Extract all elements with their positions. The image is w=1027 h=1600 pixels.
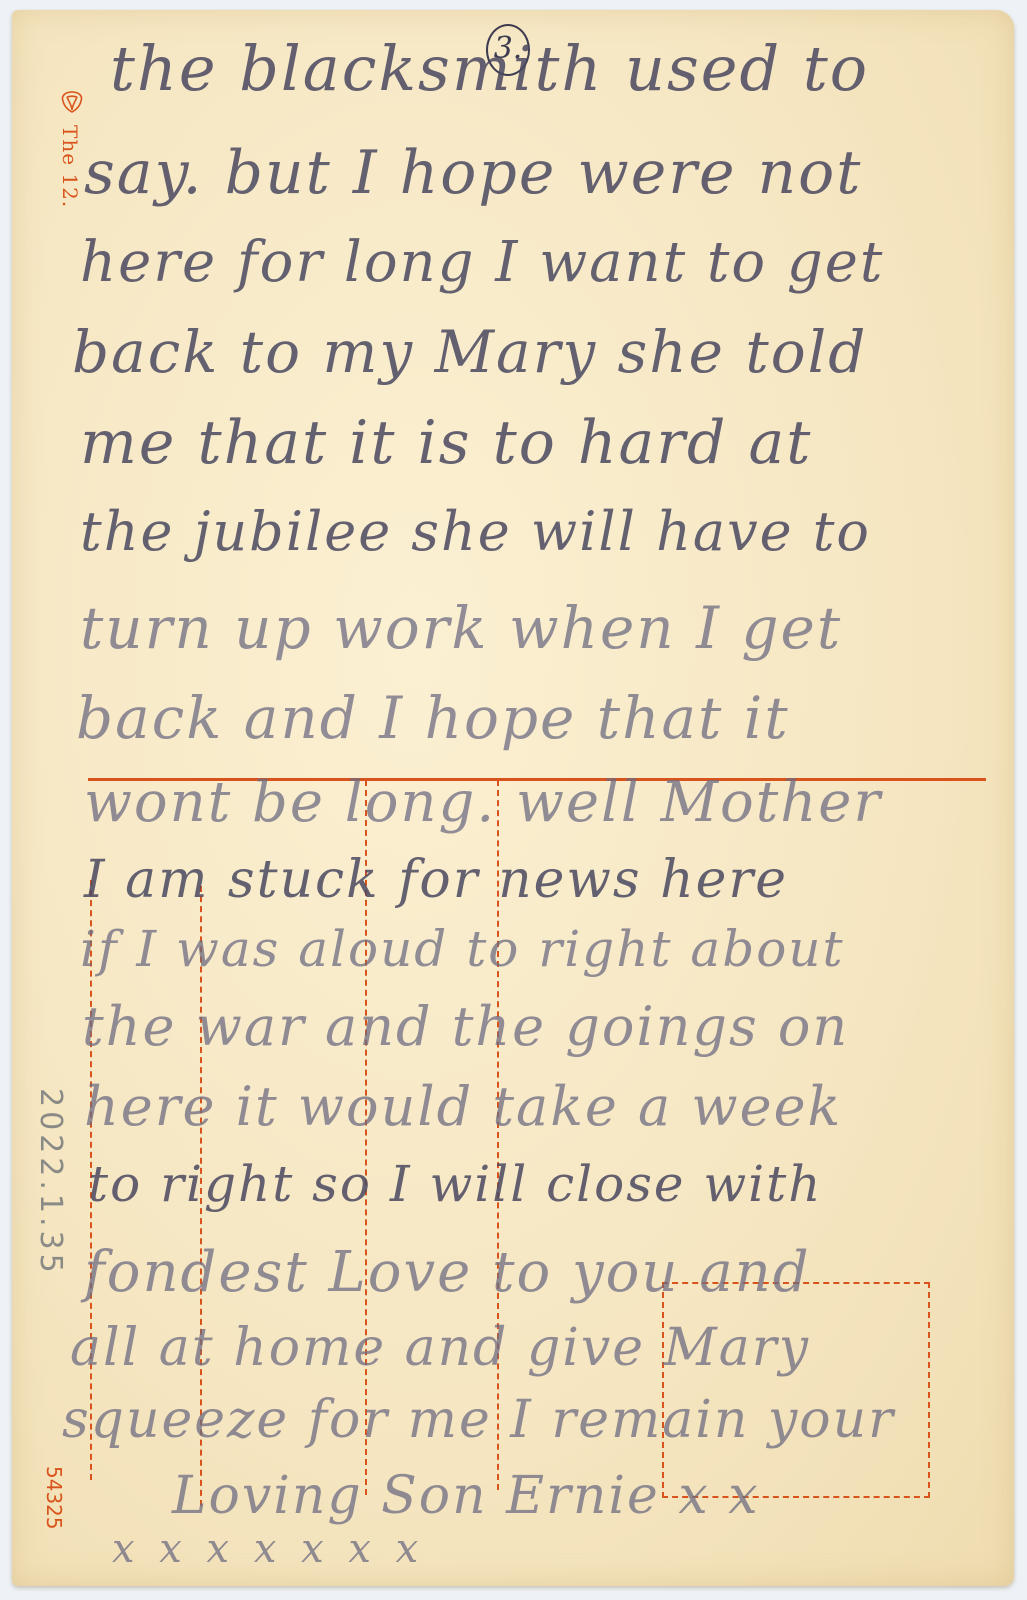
handwritten-line: squeeze for me I remain your <box>62 1390 895 1450</box>
handwritten-line: turn up work when I get <box>80 594 842 662</box>
publisher-mark: The 12. <box>58 125 82 208</box>
handwritten-line: fondest Love to you and <box>84 1240 811 1305</box>
handwritten-line: me that it is to hard at <box>80 408 812 478</box>
handwritten-line: here for long I want to get <box>80 230 884 295</box>
accession-number: 2022.1.35 <box>33 1088 68 1277</box>
series-number: 54325 <box>42 1466 66 1530</box>
handwritten-line: back and I hope that it <box>76 684 790 752</box>
handwritten-line: the jubilee she will have to <box>80 500 871 563</box>
handwritten-line: if I was aloud to right about <box>80 920 845 978</box>
trefoil-knot-icon <box>58 88 86 116</box>
signature-line: Loving Son Ernie x x <box>172 1466 760 1526</box>
handwritten-line: here it would take a week <box>84 1075 842 1138</box>
handwritten-line: I am stuck for news here <box>84 850 788 910</box>
handwritten-line: say. but I hope were not <box>84 138 862 208</box>
handwritten-line: to right so I will close with <box>88 1155 822 1213</box>
handwritten-line: the war and the goings on <box>82 995 849 1058</box>
handwritten-line: all at home and give Mary <box>70 1318 810 1378</box>
handwritten-line: the blacksmith used to <box>110 32 869 105</box>
handwritten-line: wont be long. well Mother <box>84 770 882 835</box>
kisses-line: x x x x x x x <box>112 1526 424 1572</box>
handwritten-line: back to my Mary she told <box>72 318 867 386</box>
